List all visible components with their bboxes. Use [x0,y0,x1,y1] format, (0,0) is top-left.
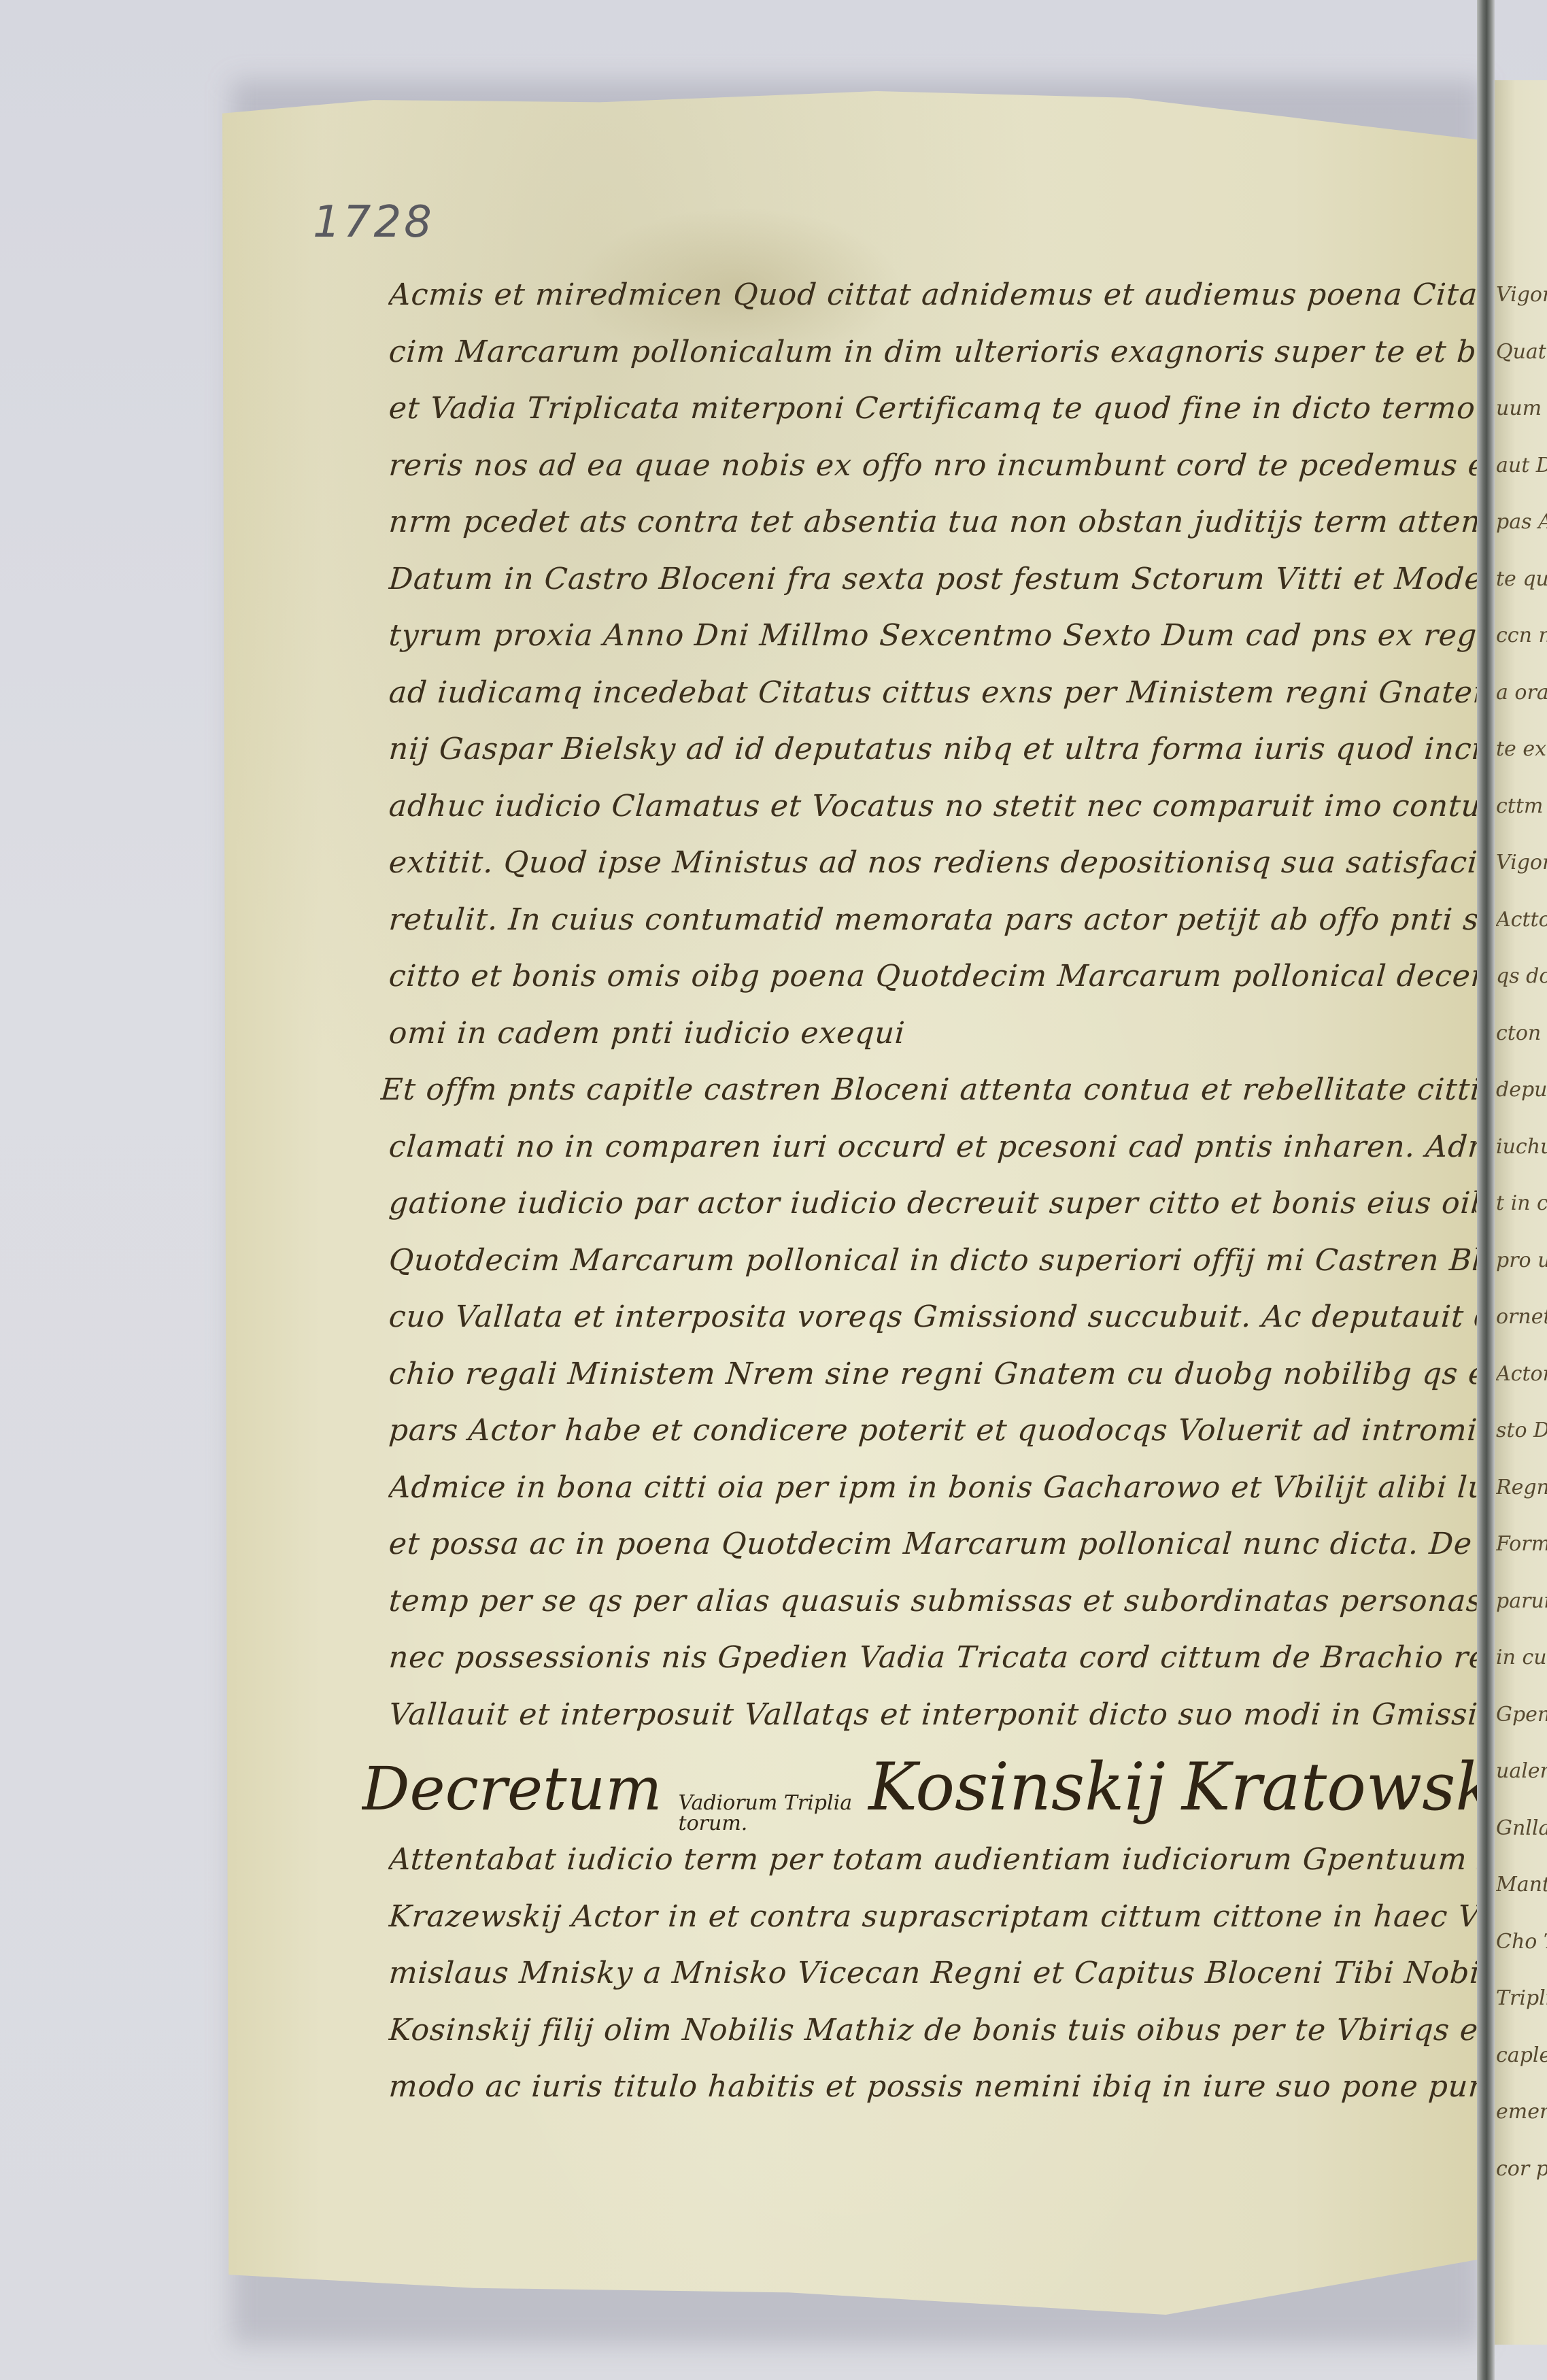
facing-text-line: Triplic [1496,1970,1547,2027]
facing-text-line: Regni [1496,1459,1547,1516]
facing-text-line: emen co [1496,2084,1547,2141]
text-line: cim Marcarum pollonicalum in dim ulterio… [387,324,1479,381]
facing-text-line: Quatt [1496,324,1547,381]
facing-text-line: Actoni [1496,1346,1547,1403]
facing-text-line: Gpenti [1496,1686,1547,1744]
facing-text-line: a ora [1496,664,1547,721]
text-line: pars Actor habe et condicere poterit et … [387,1402,1479,1459]
text-line: adhuc iudicio Clamatus et Vocatus no ste… [387,778,1479,835]
heading-party-defendant: Kosinskij [868,1743,1166,1831]
facing-text-line: iuchus [1496,1119,1547,1176]
text-line: retulit. In cuius contumatid memorata pa… [387,891,1479,949]
text-line: cuo Vallata et interposita voreqs Gmissi… [387,1289,1479,1346]
decree-heading: Decretum Vadiorum Triplia torum. Kosinsk… [362,1743,1477,1831]
facing-text-line: pro ut [1496,1232,1547,1289]
facing-text-line: Cho Ter [1496,1914,1547,1971]
text-line: et Vadia Triplicata miterponi Certificam… [387,380,1479,437]
facing-text-line: t in ca [1496,1175,1547,1232]
heading-party-plaintiff: Kratowskij [1182,1743,1477,1831]
text-line: Et offm pnts capitle castren Bloceni att… [379,1061,1479,1119]
text-line: gatione iudicio par actor iudicio decreu… [387,1175,1479,1232]
facing-text-line: ornet q [1496,1289,1547,1346]
facing-text-line: sto D [1496,1402,1547,1459]
text-line: citto et bonis omis oibg poena Quotdecim… [387,948,1479,1005]
glass-binding-rod [1477,0,1495,2380]
text-line: Acmis et miredmicen Quod cittat adnidemu… [387,267,1479,324]
facing-text-line: pas A [1496,494,1547,551]
facing-text-line: ualem [1496,1743,1547,1800]
heading-subtitle-bottom: torum. [679,1812,748,1831]
text-line: Datum in Castro Bloceni fra sexta post f… [387,551,1479,608]
facing-page-text: Vigore Quatt uum o aut Dim pas A te quil… [1496,267,1547,2197]
text-line: extitit. Quod ipse Ministus ad nos redie… [387,834,1479,891]
text-line: Admice in bona citti oia per ipm in boni… [387,1459,1479,1516]
text-line: nij Gaspar Bielsky ad id deputatus nibq … [387,721,1479,778]
folio-number: 1728 [313,197,435,248]
facing-text-line: uum o [1496,380,1547,437]
facing-text-line: te quil [1496,551,1547,608]
text-line: chio regali Ministem Nrem sine regni Gna… [387,1346,1479,1403]
text-line: nrm pcedet ats contra tet absentia tua n… [387,494,1479,551]
facing-text-line: cton ad [1496,1005,1547,1062]
facing-text-line: ccn nc [1496,607,1547,664]
facing-text-line: Vigore [1496,834,1547,891]
text-line: temp per se qs per alias quasuis submiss… [387,1573,1479,1630]
heading-title: Decretum [362,1745,662,1831]
facing-text-line: Vigore [1496,267,1547,324]
manuscript-text-block: Acmis et miredmicen Quod cittat adnidemu… [389,267,1477,2115]
heading-subtitle: Vadiorum Triplia torum. [679,1793,853,1831]
text-line: ad iudicamq incedebat Citatus cittus exn… [387,664,1479,721]
text-line: tyrum proxia Anno Dni Millmo Sexcentmo S… [387,607,1479,664]
text-line: omi in cadem pnti iudicio exequi [387,1005,1479,1062]
facing-text-line: Acttoni [1496,891,1547,949]
facing-text-line: qs dcto [1496,948,1547,1005]
facing-text-line: paruit [1496,1573,1547,1630]
facing-text-line: te ex [1496,721,1547,778]
facing-text-line: Forman [1496,1516,1547,1573]
facing-text-line: Mantyn [1496,1856,1547,1914]
facing-text-line: caple [1496,2027,1547,2084]
facing-text-line: cttm in [1496,778,1547,835]
text-line: Vallauit et interposuit Vallatqs et inte… [387,1686,1479,1744]
text-line: et possa ac in poena Quotdecim Marcarum … [387,1516,1479,1573]
facing-text-line: aut Dim [1496,437,1547,494]
text-line: reris nos ad ea quae nobis ex offo nro i… [387,437,1479,494]
facing-text-line: in cuius [1496,1629,1547,1686]
text-line: nec possessionis nis Gpedien Vadia Trica… [387,1629,1479,1686]
text-line: mislaus Mnisky a Mnisko Vicecan Regni et… [387,1945,1479,2002]
facing-text-line: deputa [1496,1061,1547,1119]
text-line: Quotdecim Marcarum pollonical in dicto s… [387,1232,1479,1289]
text-line: Kosinskij filij olim Nobilis Mathiz de b… [387,2002,1479,2059]
facing-text-line: cor pas [1496,2141,1547,2198]
text-line: Attentabat iudicio term per totam audien… [387,1831,1479,1888]
text-line: Krazewskij Actor in et contra suprascrip… [387,1888,1479,1945]
text-line: clamati no in comparen iuri occurd et pc… [387,1119,1479,1176]
text-line: modo ac iuris titulo habitis et possis n… [387,2058,1479,2115]
facing-text-line: Gnllatu [1496,1800,1547,1857]
